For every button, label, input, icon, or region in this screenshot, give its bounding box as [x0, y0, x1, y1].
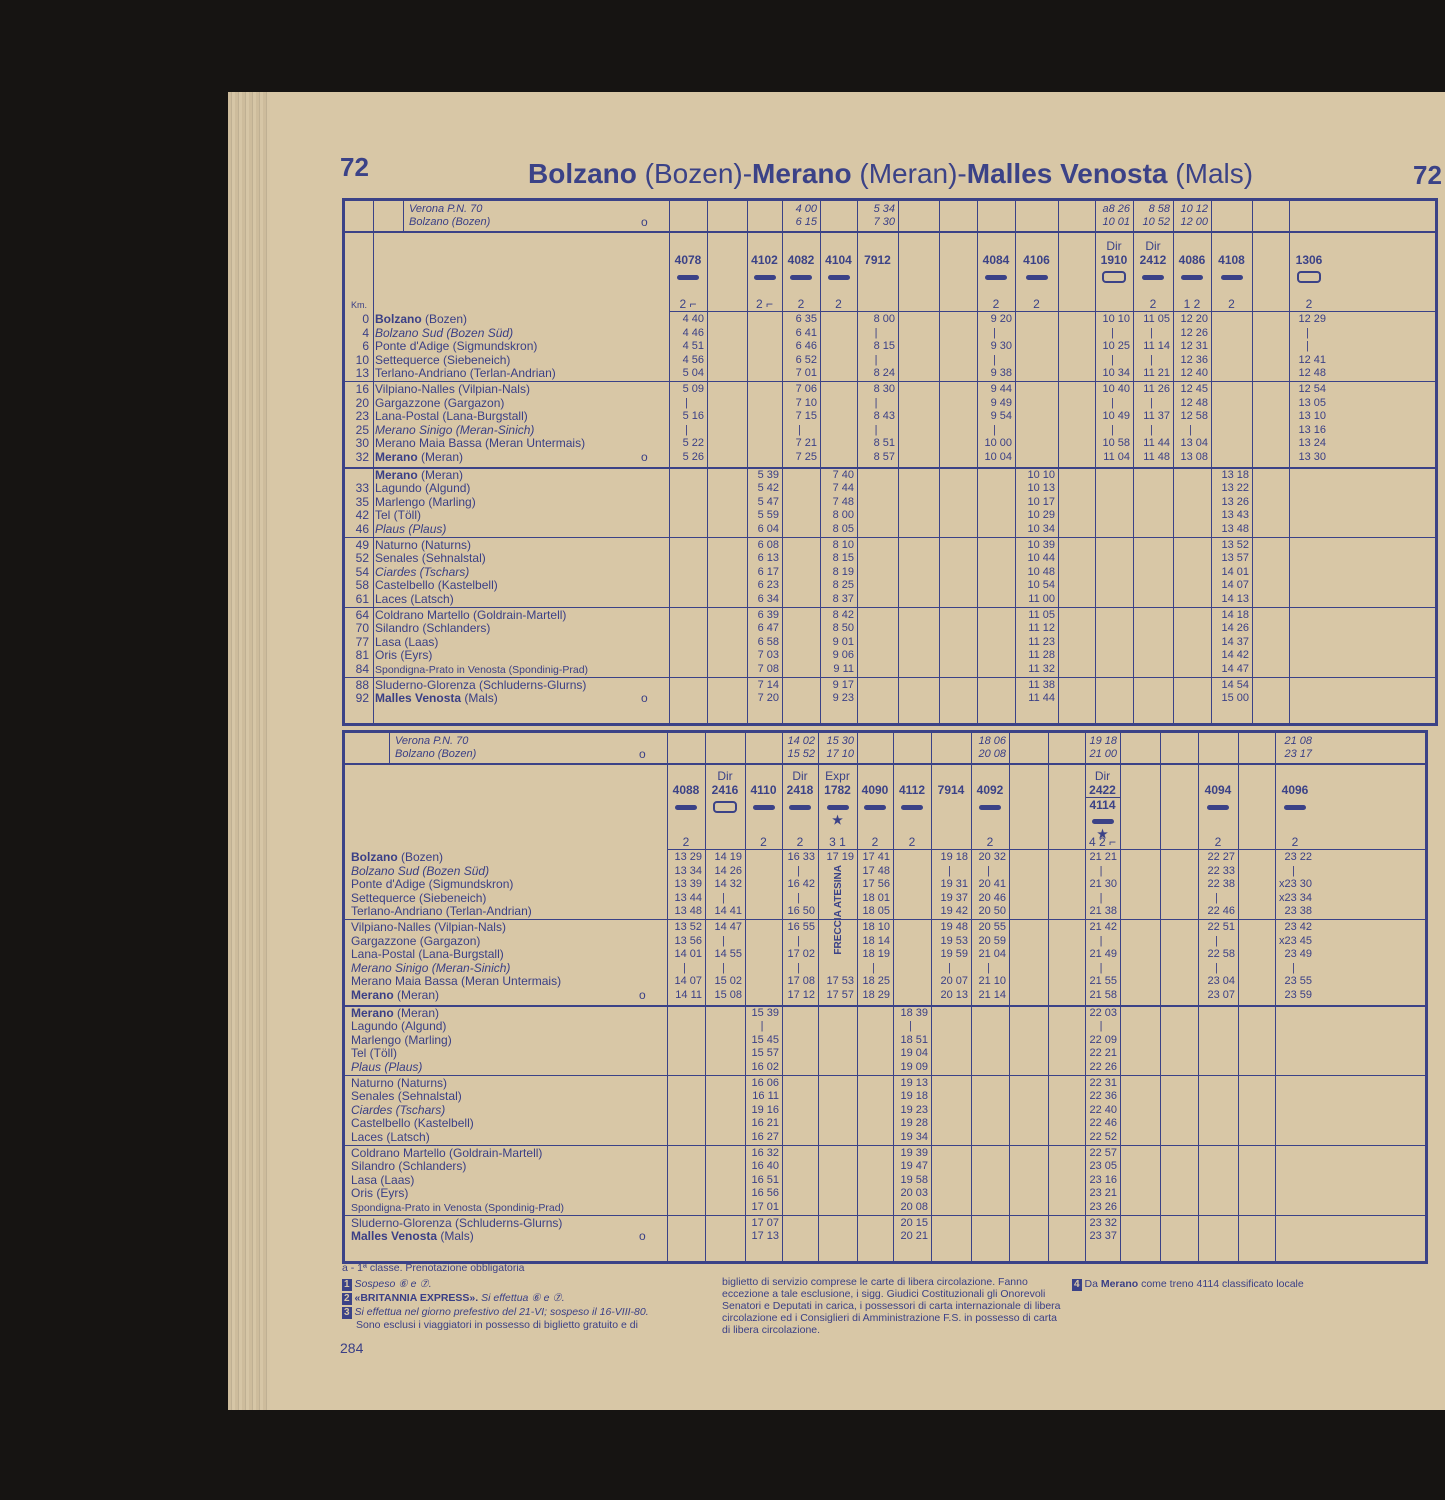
railcar-icon [977, 269, 1015, 283]
railcar-shape [790, 275, 812, 280]
time-cell: 16 11 [745, 1090, 779, 1104]
train-type: Expr [818, 769, 857, 783]
time-cell: 19 39 [893, 1147, 928, 1161]
column-divider [707, 201, 708, 723]
header-divider [345, 763, 1425, 765]
time-cell: 12 20 [1173, 313, 1208, 327]
time-cell: 19 48 [931, 921, 968, 935]
railcar-icon [1198, 799, 1238, 813]
couchette-shape [713, 801, 737, 813]
connection-times: 10 1212 00 [1173, 203, 1208, 229]
railcar-shape [1221, 275, 1243, 280]
time-cell: 13 10 [1289, 410, 1326, 424]
station-name: Coldrano Martello (Goldrain-Martell) [351, 1147, 542, 1161]
station-name: Lana-Postal (Lana-Burgstall) [351, 948, 504, 962]
time-cell: 21 38 [1085, 905, 1117, 919]
time-cell: 11 48 [1133, 451, 1170, 465]
station-name: Marlengo (Marling) [351, 1034, 452, 1048]
time-cell: 4 40 [669, 313, 704, 327]
time-cell: 9 23 [820, 692, 854, 706]
railcar-icon [1275, 799, 1315, 813]
station-km: 77 [345, 636, 369, 650]
time-cell: 10 44 [1015, 552, 1055, 566]
time-cell: 14 42 [1211, 649, 1249, 663]
time-cell: 19 18 [931, 851, 968, 865]
railcar-shape [1142, 275, 1164, 280]
column-divider [1160, 733, 1161, 1261]
time-cell: 21 21 [1085, 851, 1117, 865]
time-cell: 9 11 [820, 663, 854, 677]
station-name: Oris (Eyrs) [351, 1187, 408, 1201]
time-cell: 16 32 [745, 1147, 779, 1161]
station-name: Vilpiano-Nalles (Vilpian-Nals) [351, 921, 506, 935]
time-cell: 8 05 [820, 523, 854, 537]
title-malles: Malles Venosta [967, 158, 1168, 189]
time-cell: 21 14 [971, 989, 1006, 1003]
time-cell: 10 10 [1015, 469, 1055, 483]
train-number: 4078 [669, 253, 707, 267]
time-cell: 13 08 [1173, 451, 1208, 465]
station-name: Vilpiano-Nalles (Vilpian-Nals) [375, 383, 530, 397]
station-km: 49 [345, 539, 369, 553]
title-merano: Merano [752, 158, 852, 189]
time-cell: 5 42 [747, 482, 779, 496]
note-4-icon: 4 [1072, 1279, 1082, 1291]
train-number: 7914 [931, 783, 971, 797]
time-cell: 5 22 [669, 437, 704, 451]
train-number: 4110 [745, 783, 782, 797]
time-cell: 4 51 [669, 340, 704, 354]
time-cell: 11 12 [1015, 622, 1055, 636]
time-cell: 21 04 [971, 948, 1006, 962]
time-cell: 19 31 [931, 878, 968, 892]
time-cell: 13 34 [667, 865, 702, 879]
time-cell: 22 52 [1085, 1131, 1117, 1145]
station-name: Merano (Meran) [351, 989, 439, 1003]
railcar-shape [753, 805, 775, 810]
time-cell: 16 02 [745, 1061, 779, 1075]
time-cell: 5 16 [669, 410, 704, 424]
connection-times: 19 1821 00 [1085, 735, 1117, 761]
station-km: 64 [345, 609, 369, 623]
time-cell: 6 41 [782, 327, 817, 341]
train-number: 4086 [1173, 253, 1211, 267]
time-cell: 12 29 [1289, 313, 1326, 327]
time-cell: | [1095, 354, 1130, 368]
time-cell: 5 59 [747, 509, 779, 523]
time-cell: 14 13 [1211, 593, 1249, 607]
train-number: 1910 [1095, 253, 1133, 267]
km-divider [373, 201, 374, 723]
station-name: Merano Sinigo (Meran-Sinich) [351, 962, 510, 976]
time-cell: 21 42 [1085, 921, 1117, 935]
time-cell: 17 01 [745, 1201, 779, 1215]
time-cell: 11 38 [1015, 679, 1055, 693]
time-cell: 7 21 [782, 437, 817, 451]
station-name: Malles Venosta (Mals) [351, 1230, 474, 1244]
time-cell: 17 12 [782, 989, 815, 1003]
time-cell: | [1173, 424, 1208, 438]
time-cell: 7 25 [782, 451, 817, 465]
time-cell: 9 49 [977, 397, 1012, 411]
time-cell: 18 39 [893, 1007, 928, 1021]
station-name: Spondigna-Prato in Venosta (Spondinig-Pr… [351, 1201, 564, 1216]
station-name: Coldrano Martello (Goldrain-Martell) [375, 609, 566, 623]
station-name: Tel (Töll) [375, 509, 421, 523]
station-name: Silandro (Schlanders) [351, 1160, 466, 1174]
time-cell: 22 36 [1085, 1090, 1117, 1104]
time-cell: | [977, 327, 1012, 341]
station-name: Merano Sinigo (Meran-Sinich) [375, 424, 534, 438]
time-cell: 8 57 [857, 451, 895, 465]
railcar-shape [1092, 819, 1114, 824]
train-number: 4114 [1085, 797, 1120, 812]
railcar-icon [1133, 269, 1173, 283]
time-cell: 11 05 [1133, 313, 1170, 327]
time-cell: 17 19 [818, 851, 854, 865]
time-cell: 23 42 [1275, 921, 1312, 935]
train-number: 4088 [667, 783, 705, 797]
time-cell: 20 55 [971, 921, 1006, 935]
train-number: 1782 [818, 783, 857, 797]
time-cell: 13 52 [667, 921, 702, 935]
station-km: 4 [345, 327, 369, 341]
conn-divider [389, 733, 390, 763]
time-cell: 12 48 [1173, 397, 1208, 411]
time-cell: | [782, 892, 815, 906]
time-cell: 8 15 [857, 340, 895, 354]
time-cell: | [977, 424, 1012, 438]
station-name: Bolzano (Bozen) [351, 851, 443, 865]
time-cell: | [1133, 327, 1170, 341]
conn-line1: Verona P.N. 70 [409, 203, 482, 215]
time-cell: 18 05 [857, 905, 890, 919]
time-cell: 21 49 [1085, 948, 1117, 962]
station-name: Merano Maia Bassa (Meran Untermais) [375, 437, 585, 451]
time-cell: 21 10 [971, 975, 1006, 989]
train-type: Dir [782, 769, 818, 783]
station-km: 20 [345, 397, 369, 411]
time-cell: 6 08 [747, 539, 779, 553]
railcar-icon [782, 269, 820, 283]
time-cell: | [1095, 424, 1130, 438]
station-km: 0 [345, 313, 369, 327]
time-cell: 10 04 [977, 451, 1012, 465]
time-cell: 22 26 [1085, 1061, 1117, 1075]
time-cell: 23 49 [1275, 948, 1312, 962]
class-label: 2 [820, 297, 857, 311]
station-name: Senales (Sehnalstal) [351, 1090, 462, 1104]
time-cell: 8 24 [857, 367, 895, 381]
time-cell: 14 26 [1211, 622, 1249, 636]
station-name: Settequerce (Siebeneich) [351, 892, 486, 906]
train-number: 4084 [977, 253, 1015, 267]
time-cell: 16 21 [745, 1117, 779, 1131]
station-name: Ponte d'Adige (Sigmundskron) [375, 340, 537, 354]
time-cell: 13 22 [1211, 482, 1249, 496]
connection-times: 5 347 30 [857, 203, 895, 229]
connection-times: 14 0215 52 [782, 735, 815, 761]
time-cell: | [971, 865, 1006, 879]
time-cell: 22 46 [1198, 905, 1235, 919]
time-cell: 22 31 [1085, 1077, 1117, 1091]
column-divider [939, 201, 940, 723]
time-cell: | [1289, 340, 1326, 354]
time-cell: 14 47 [705, 921, 742, 935]
time-cell: 11 00 [1015, 593, 1055, 607]
conn-line1: Verona P.N. 70 [395, 735, 468, 747]
time-cell: 23 04 [1198, 975, 1235, 989]
time-cell: 6 17 [747, 566, 779, 580]
station-name: Lasa (Laas) [351, 1174, 414, 1188]
time-cell: 10 10 [1095, 313, 1130, 327]
note-1-icon: 1 [342, 1279, 352, 1291]
time-cell: 19 13 [893, 1077, 928, 1091]
time-cell: 19 18 [893, 1090, 928, 1104]
time-cell: | [931, 865, 968, 879]
time-cell: | [857, 424, 895, 438]
time-cell: | [1133, 397, 1170, 411]
note-3-icon: 3 [342, 1307, 352, 1319]
station-km: 46 [345, 523, 369, 537]
km-label: Km. [343, 299, 367, 313]
railcar-icon [747, 269, 782, 283]
railcar-icon [893, 799, 931, 813]
time-cell: 13 29 [667, 851, 702, 865]
time-cell: 11 26 [1133, 383, 1170, 397]
time-cell: 10 29 [1015, 509, 1055, 523]
railcar-shape [827, 805, 849, 810]
time-cell: 18 14 [857, 935, 890, 949]
station-name: Lagundo (Algund) [351, 1020, 446, 1034]
time-cell: 21 58 [1085, 989, 1117, 1003]
time-cell: 19 42 [931, 905, 968, 919]
time-cell: 12 36 [1173, 354, 1208, 368]
time-cell: 6 13 [747, 552, 779, 566]
station-km: 58 [345, 579, 369, 593]
time-cell: 5 47 [747, 496, 779, 510]
time-cell: 10 58 [1095, 437, 1130, 451]
station-km: 84 [345, 663, 369, 677]
station-name: Tel (Töll) [351, 1047, 397, 1061]
group-divider [345, 919, 1425, 920]
time-cell: 8 00 [857, 313, 895, 327]
station-name: Bolzano Sud (Bozen Süd) [351, 865, 489, 879]
station-km: 54 [345, 566, 369, 580]
footnote-3: 3 Si effettua nel giorno prefestivo del … [342, 1306, 712, 1331]
time-cell: 9 17 [820, 679, 854, 693]
railcar-shape [1026, 275, 1048, 280]
train-number: 4108 [1211, 253, 1252, 267]
couchette-shape [1102, 271, 1126, 283]
time-cell: | [857, 397, 895, 411]
time-cell: 7 44 [820, 482, 854, 496]
time-cell: | [857, 962, 890, 976]
column-divider [1120, 733, 1121, 1261]
class-label: 2 [782, 835, 818, 849]
time-cell: 14 54 [1211, 679, 1249, 693]
class-label: 2 [971, 835, 1009, 849]
station-name: Castelbello (Kastelbell) [375, 579, 498, 593]
class-label: 2 [1198, 835, 1238, 849]
timetable-bottom: Verona P.N. 70Bolzano (Bozen)oBolzano (B… [342, 730, 1428, 1264]
time-cell: 23 59 [1275, 989, 1312, 1003]
time-cell: | [705, 892, 742, 906]
time-cell: 18 01 [857, 892, 890, 906]
station-name: Gargazzone (Gargazon) [351, 935, 480, 949]
station-name: Terlano-Andriano (Terlan-Andrian) [375, 367, 556, 381]
time-cell: 9 54 [977, 410, 1012, 424]
railcar-icon [818, 799, 857, 813]
time-cell: | [782, 424, 817, 438]
time-cell: 16 40 [745, 1160, 779, 1174]
train-type: Dir [1133, 239, 1173, 253]
class-label: 2 [1015, 297, 1058, 311]
station-km: 25 [345, 424, 369, 438]
time-cell: 17 53 [818, 975, 854, 989]
time-cell: 20 59 [971, 935, 1006, 949]
time-cell: 22 46 [1085, 1117, 1117, 1131]
train-number: 2412 [1133, 253, 1173, 267]
station-name: Sluderno-Glorenza (Schluderns-Glurns) [375, 679, 586, 693]
time-cell: 12 40 [1173, 367, 1208, 381]
class-label: 2 [1275, 835, 1315, 849]
time-cell: 14 26 [705, 865, 742, 879]
time-cell: 11 04 [1095, 451, 1130, 465]
note-2-icon: 2 [342, 1293, 352, 1305]
railcar-shape [1284, 805, 1306, 810]
train-number: 4106 [1015, 253, 1058, 267]
time-cell: 13 05 [1289, 397, 1326, 411]
time-cell: 15 02 [705, 975, 742, 989]
time-cell: 8 10 [820, 539, 854, 553]
time-cell: 23 38 [1275, 905, 1312, 919]
time-cell: 14 18 [1211, 609, 1249, 623]
time-cell: 10 54 [1015, 579, 1055, 593]
time-cell: 13 56 [667, 935, 702, 949]
train-number: 4092 [971, 783, 1009, 797]
time-cell: 16 50 [782, 905, 815, 919]
station-km: 33 [345, 482, 369, 496]
time-cell: 10 13 [1015, 482, 1055, 496]
railcar-shape [901, 805, 923, 810]
time-cell: 12 26 [1173, 327, 1208, 341]
time-cell: 9 01 [820, 636, 854, 650]
time-cell: 19 58 [893, 1174, 928, 1188]
station-name: Laces (Latsch) [375, 593, 454, 607]
time-cell: 18 19 [857, 948, 890, 962]
time-cell: 11 32 [1015, 663, 1055, 677]
time-cell: | [782, 865, 815, 879]
time-cell: 13 44 [667, 892, 702, 906]
time-cell: 8 25 [820, 579, 854, 593]
data-top-divider [669, 311, 1435, 312]
time-cell: 19 34 [893, 1131, 928, 1145]
station-name: Terlano-Andriano (Terlan-Andrian) [351, 905, 532, 919]
railcar-shape [789, 805, 811, 810]
connection-times: 18 0620 08 [971, 735, 1006, 761]
time-cell: 6 52 [782, 354, 817, 368]
connection-times: 8 5810 52 [1133, 203, 1170, 229]
time-cell: 12 45 [1173, 383, 1208, 397]
class-label: 3 1 [818, 835, 857, 849]
class-label: 2 ⌐ [669, 297, 707, 311]
station-name: Ponte d'Adige (Sigmundskron) [351, 878, 513, 892]
time-cell: 14 07 [667, 975, 702, 989]
time-cell: 7 03 [747, 649, 779, 663]
connection-label: Verona P.N. 70Bolzano (Bozen) [409, 203, 490, 229]
time-cell: 13 52 [1211, 539, 1249, 553]
time-cell: 7 14 [747, 679, 779, 693]
class-label: 2 [893, 835, 931, 849]
time-cell: | [1275, 865, 1312, 879]
time-cell: 20 21 [893, 1230, 928, 1244]
station-km: 6 [345, 340, 369, 354]
time-cell: 22 38 [1198, 878, 1235, 892]
time-cell: 6 46 [782, 340, 817, 354]
station-name: Ciardes (Tschars) [351, 1104, 445, 1118]
time-cell: | [1275, 962, 1312, 976]
time-cell: 22 58 [1198, 948, 1235, 962]
time-cell: 6 58 [747, 636, 779, 650]
time-cell: 16 51 [745, 1174, 779, 1188]
connection-symbol: o [641, 216, 648, 230]
time-cell: 16 55 [782, 921, 815, 935]
station-name: Plaus (Plaus) [351, 1061, 422, 1075]
station-name: Ciardes (Tschars) [375, 566, 469, 580]
time-cell: 15 08 [705, 989, 742, 1003]
station-name: Castelbello (Kastelbell) [351, 1117, 474, 1131]
railcar-shape [677, 275, 699, 280]
time-cell: 14 55 [705, 948, 742, 962]
time-cell: 19 28 [893, 1117, 928, 1131]
connection-symbol: o [639, 748, 646, 762]
station-km: 30 [345, 437, 369, 451]
time-cell: 5 04 [669, 367, 704, 381]
time-cell: 23 55 [1275, 975, 1312, 989]
conn-divider [403, 201, 404, 231]
time-cell: 22 40 [1085, 1104, 1117, 1118]
railcar-icon [1211, 269, 1252, 283]
railcar-icon [782, 799, 818, 813]
station-km: 10 [345, 354, 369, 368]
time-cell: | [857, 354, 895, 368]
footnote-continued: biglietto di servizio comprese le carte … [722, 1276, 1062, 1336]
time-cell: 16 42 [782, 878, 815, 892]
station-km: 81 [345, 649, 369, 663]
time-cell: 12 58 [1173, 410, 1208, 424]
railcar-icon [1015, 269, 1058, 283]
time-cell: | [971, 962, 1006, 976]
train-number: 4094 [1198, 783, 1238, 797]
station-name: Plaus (Plaus) [375, 523, 446, 537]
time-cell: 23 26 [1085, 1201, 1117, 1215]
time-cell: 18 51 [893, 1034, 928, 1048]
time-cell: 14 01 [667, 948, 702, 962]
station-name: Oris (Eyrs) [375, 649, 432, 663]
couchette-shape [1297, 271, 1321, 283]
train-number: 4096 [1275, 783, 1315, 797]
time-cell: 19 16 [745, 1104, 779, 1118]
time-cell: 13 48 [1211, 523, 1249, 537]
time-cell: 7 40 [820, 469, 854, 483]
time-cell: | [1085, 1020, 1117, 1034]
time-cell: 17 13 [745, 1230, 779, 1244]
couchette-car-icon [705, 799, 745, 816]
time-cell: 16 33 [782, 851, 815, 865]
time-cell: 8 50 [820, 622, 854, 636]
time-cell: 14 07 [1211, 579, 1249, 593]
